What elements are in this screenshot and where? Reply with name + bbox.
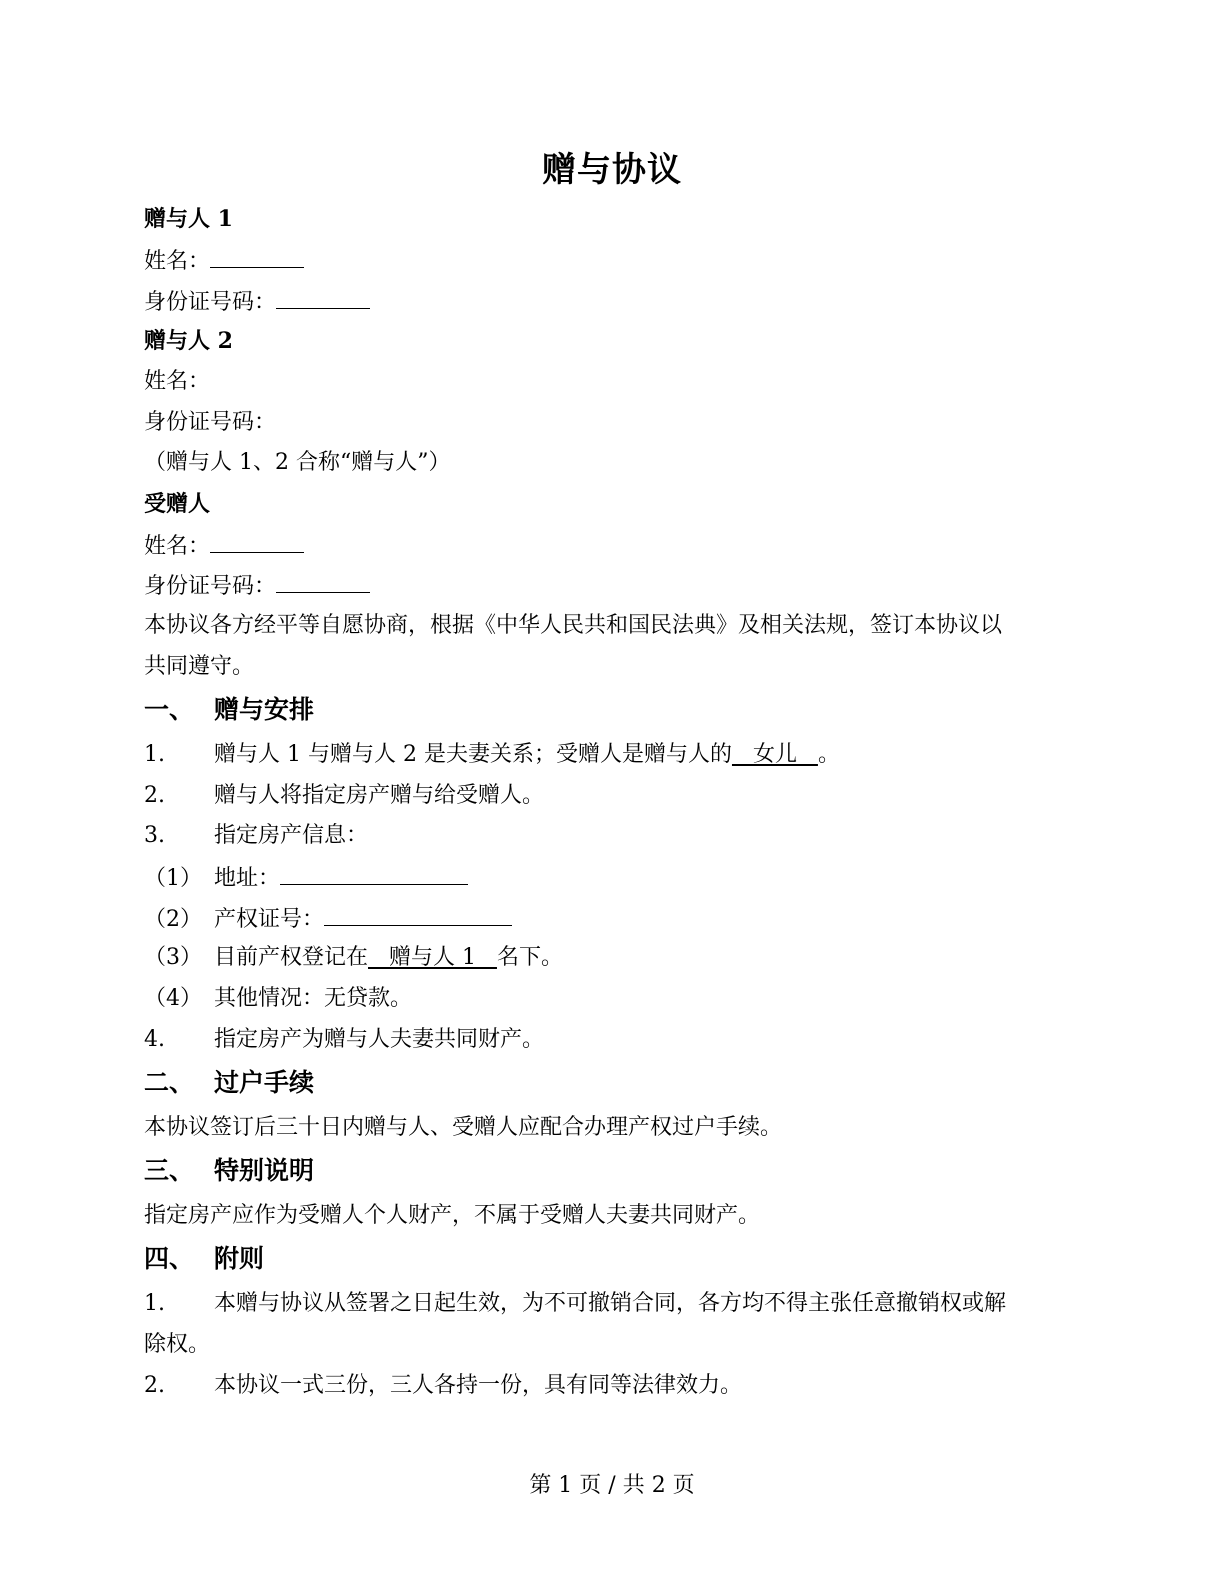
section-3-number: 三、: [144, 1156, 214, 1186]
collective-note: （赠与人 1、2 合称“赠与人”）: [144, 448, 450, 478]
donor1-id-blank[interactable]: [276, 286, 370, 309]
section-1-subitem-4: （4）其他情况：无贷款。: [144, 984, 412, 1014]
item-number: 3.: [144, 821, 214, 851]
section-2-heading: 二、过户手续: [144, 1068, 314, 1098]
donee-name-blank[interactable]: [210, 530, 304, 553]
section-1-item-1: 1.赠与人 1 与赠与人 2 是夫妻关系；受赠人是赠与人的 女儿 。: [144, 740, 840, 770]
section-4-title: 附则: [214, 1244, 264, 1273]
section-4-number: 四、: [144, 1244, 214, 1274]
subitem-text: 地址：: [214, 866, 280, 891]
section-1-subitem-3: （3）目前产权登记在 赠与人 1 名下。: [144, 943, 563, 973]
section-1-number: 一、: [144, 695, 214, 725]
item-text: 赠与人将指定房产赠与给受赠人。: [214, 783, 544, 808]
donee-name-label: 姓名：: [144, 534, 210, 559]
donor1-name-label: 姓名：: [144, 249, 210, 274]
section-4-heading: 四、附则: [144, 1244, 264, 1274]
donor1-name-row: 姓名：: [144, 245, 304, 277]
section-3-heading: 三、特别说明: [144, 1156, 314, 1186]
subitem-number: （1）: [144, 864, 214, 894]
item-text: 指定房产信息：: [214, 823, 368, 848]
section-2-number: 二、: [144, 1068, 214, 1098]
donee-name-row: 姓名：: [144, 530, 304, 562]
relationship-field[interactable]: 女儿: [732, 742, 818, 767]
donor2-heading: 赠与人 2: [144, 326, 233, 356]
item-text: 赠与人 1 与赠与人 2 是夫妻关系；受赠人是赠与人的: [214, 742, 732, 767]
item-number: 1.: [144, 740, 214, 770]
document-page: 赠与协议 赠与人 1 姓名： 身份证号码： 赠与人 2 姓名： 身份证号码： （…: [0, 0, 1224, 1584]
item-text: 指定房产为赠与人夫妻共同财产。: [214, 1027, 544, 1052]
donor2-id-label: 身份证号码：: [144, 408, 276, 438]
section-4-item-2: 2.本协议一式三份，三人各持一份，具有同等法律效力。: [144, 1371, 742, 1401]
section-1-heading: 一、赠与安排: [144, 695, 314, 725]
section-1-item-2: 2.赠与人将指定房产赠与给受赠人。: [144, 781, 544, 811]
donor2-name-label: 姓名：: [144, 367, 210, 397]
section-3-title: 特别说明: [214, 1156, 314, 1185]
section-1-item-4: 4.指定房产为赠与人夫妻共同财产。: [144, 1025, 544, 1055]
item-text-end: 。: [818, 742, 840, 767]
section-1-title: 赠与安排: [214, 695, 314, 724]
preamble-line-1: 本协议各方经平等自愿协商，根据《中华人民共和国民法典》及相关法规，签订本协议以: [144, 611, 1002, 641]
item-number: 2.: [144, 1371, 214, 1401]
section-1-subitem-1: （1）地址：: [144, 862, 468, 894]
section-3-body: 指定房产应作为受赠人个人财产，不属于受赠人夫妻共同财产。: [144, 1201, 760, 1231]
registered-owner-field[interactable]: 赠与人 1: [368, 945, 497, 970]
subitem-text-end: 名下。: [497, 945, 563, 970]
item-number: 2.: [144, 781, 214, 811]
item-text: 本赠与协议从签署之日起生效，为不可撤销合同，各方均不得主张任意撤销权或解: [214, 1291, 1006, 1316]
donee-id-label: 身份证号码：: [144, 574, 276, 599]
section-2-title: 过户手续: [214, 1068, 314, 1097]
address-blank[interactable]: [280, 862, 468, 885]
item-number: 1.: [144, 1289, 214, 1319]
subitem-number: （3）: [144, 943, 214, 973]
donor1-id-row: 身份证号码：: [144, 286, 370, 318]
subitem-text: 产权证号：: [214, 907, 324, 932]
donor1-heading: 赠与人 1: [144, 204, 233, 234]
preamble-line-2: 共同遵守。: [144, 652, 254, 682]
donee-heading: 受赠人: [144, 489, 210, 519]
subitem-text: 目前产权登记在: [214, 945, 368, 970]
donor1-id-label: 身份证号码：: [144, 290, 276, 315]
donee-id-blank[interactable]: [276, 570, 370, 593]
item-number: 4.: [144, 1025, 214, 1055]
section-4-item-1: 1.本赠与协议从签署之日起生效，为不可撤销合同，各方均不得主张任意撤销权或解: [144, 1289, 1006, 1319]
item-text: 本协议一式三份，三人各持一份，具有同等法律效力。: [214, 1373, 742, 1398]
section-2-body: 本协议签订后三十日内赠与人、受赠人应配合办理产权过户手续。: [144, 1113, 782, 1143]
section-1-item-3: 3.指定房产信息：: [144, 821, 368, 851]
document-title: 赠与协议: [0, 142, 1224, 191]
subitem-number: （4）: [144, 984, 214, 1014]
section-1-subitem-2: （2）产权证号：: [144, 903, 512, 935]
subitem-text: 其他情况：无贷款。: [214, 986, 412, 1011]
subitem-number: （2）: [144, 905, 214, 935]
section-4-item-1-continuation: 除权。: [144, 1330, 210, 1360]
page-footer: 第 1 页 / 共 2 页: [0, 1468, 1224, 1499]
donor1-name-blank[interactable]: [210, 245, 304, 268]
certificate-number-blank[interactable]: [324, 903, 512, 926]
donee-id-row: 身份证号码：: [144, 570, 370, 602]
